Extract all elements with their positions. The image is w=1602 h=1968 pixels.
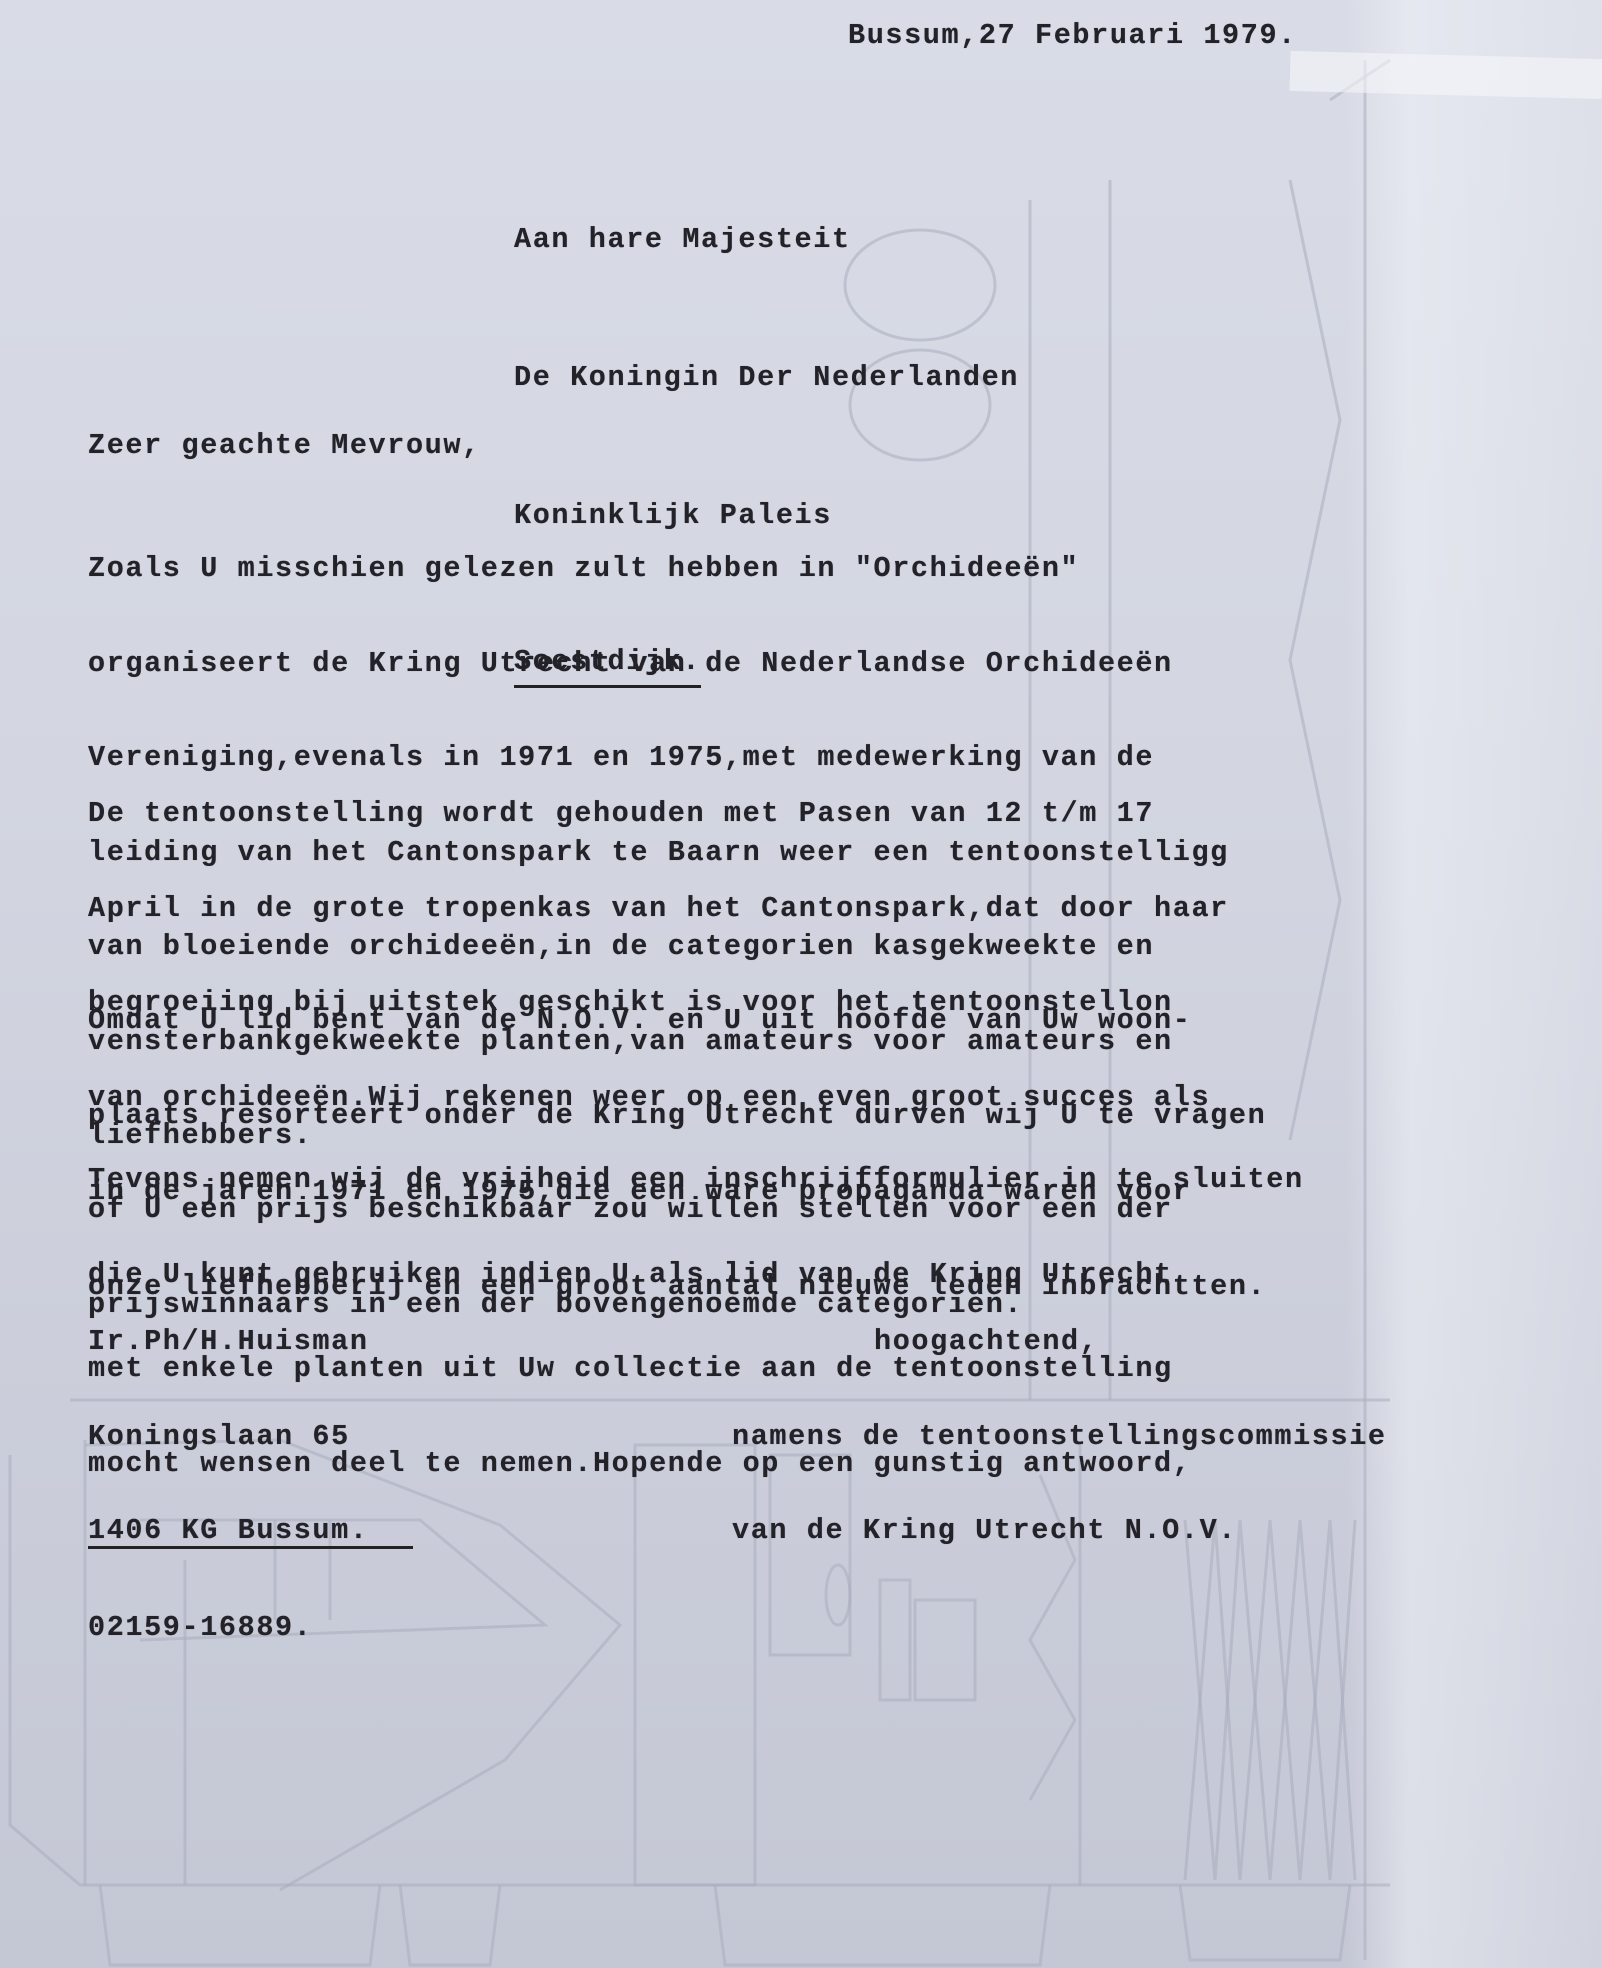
text-line: organiseert de Kring Utrecht van de Nede… [88,648,1229,680]
salutation: Zeer geachte Mevrouw, [88,430,481,462]
dateline: Bussum,27 Februari 1979. [848,20,1297,52]
recipient-line: De Koningin Der Nederlanden [514,355,1019,401]
text-line: April in de grote tropenkas van het Cant… [88,893,1266,925]
text-line: Zoals U misschien gelezen zult hebben in… [88,553,1229,585]
closing-line: van de Kring Utrecht N.O.V. [732,1515,1387,1547]
sender-phone: 02159-16889. [88,1612,413,1644]
text-line: Omdat U lid bent van de N.O.V. en U uit … [88,1005,1266,1037]
text-line: Tevens nemen wij de vrijheid een inschri… [88,1164,1304,1196]
valediction: hoogachtend, [732,1326,1387,1358]
text-line: De tentoonstelling wordt gehouden met Pa… [88,798,1266,830]
sender-postal-city: 1406 KG Bussum. [88,1516,413,1549]
closing-block: hoogachtend, namens de tentoonstellingsc… [732,1263,1387,1578]
recipient-line: Aan hare Majesteit [514,217,1019,263]
tape-strip [1290,51,1602,99]
sender-name: Ir.Ph/H.Huisman [88,1326,413,1358]
closing-line: namens de tentoonstellingscommissie [732,1421,1387,1453]
sender-street: Koningslaan 65 [88,1421,413,1453]
sender-block: Ir.Ph/H.Huisman Koningslaan 65 1406 KG B… [88,1263,413,1675]
